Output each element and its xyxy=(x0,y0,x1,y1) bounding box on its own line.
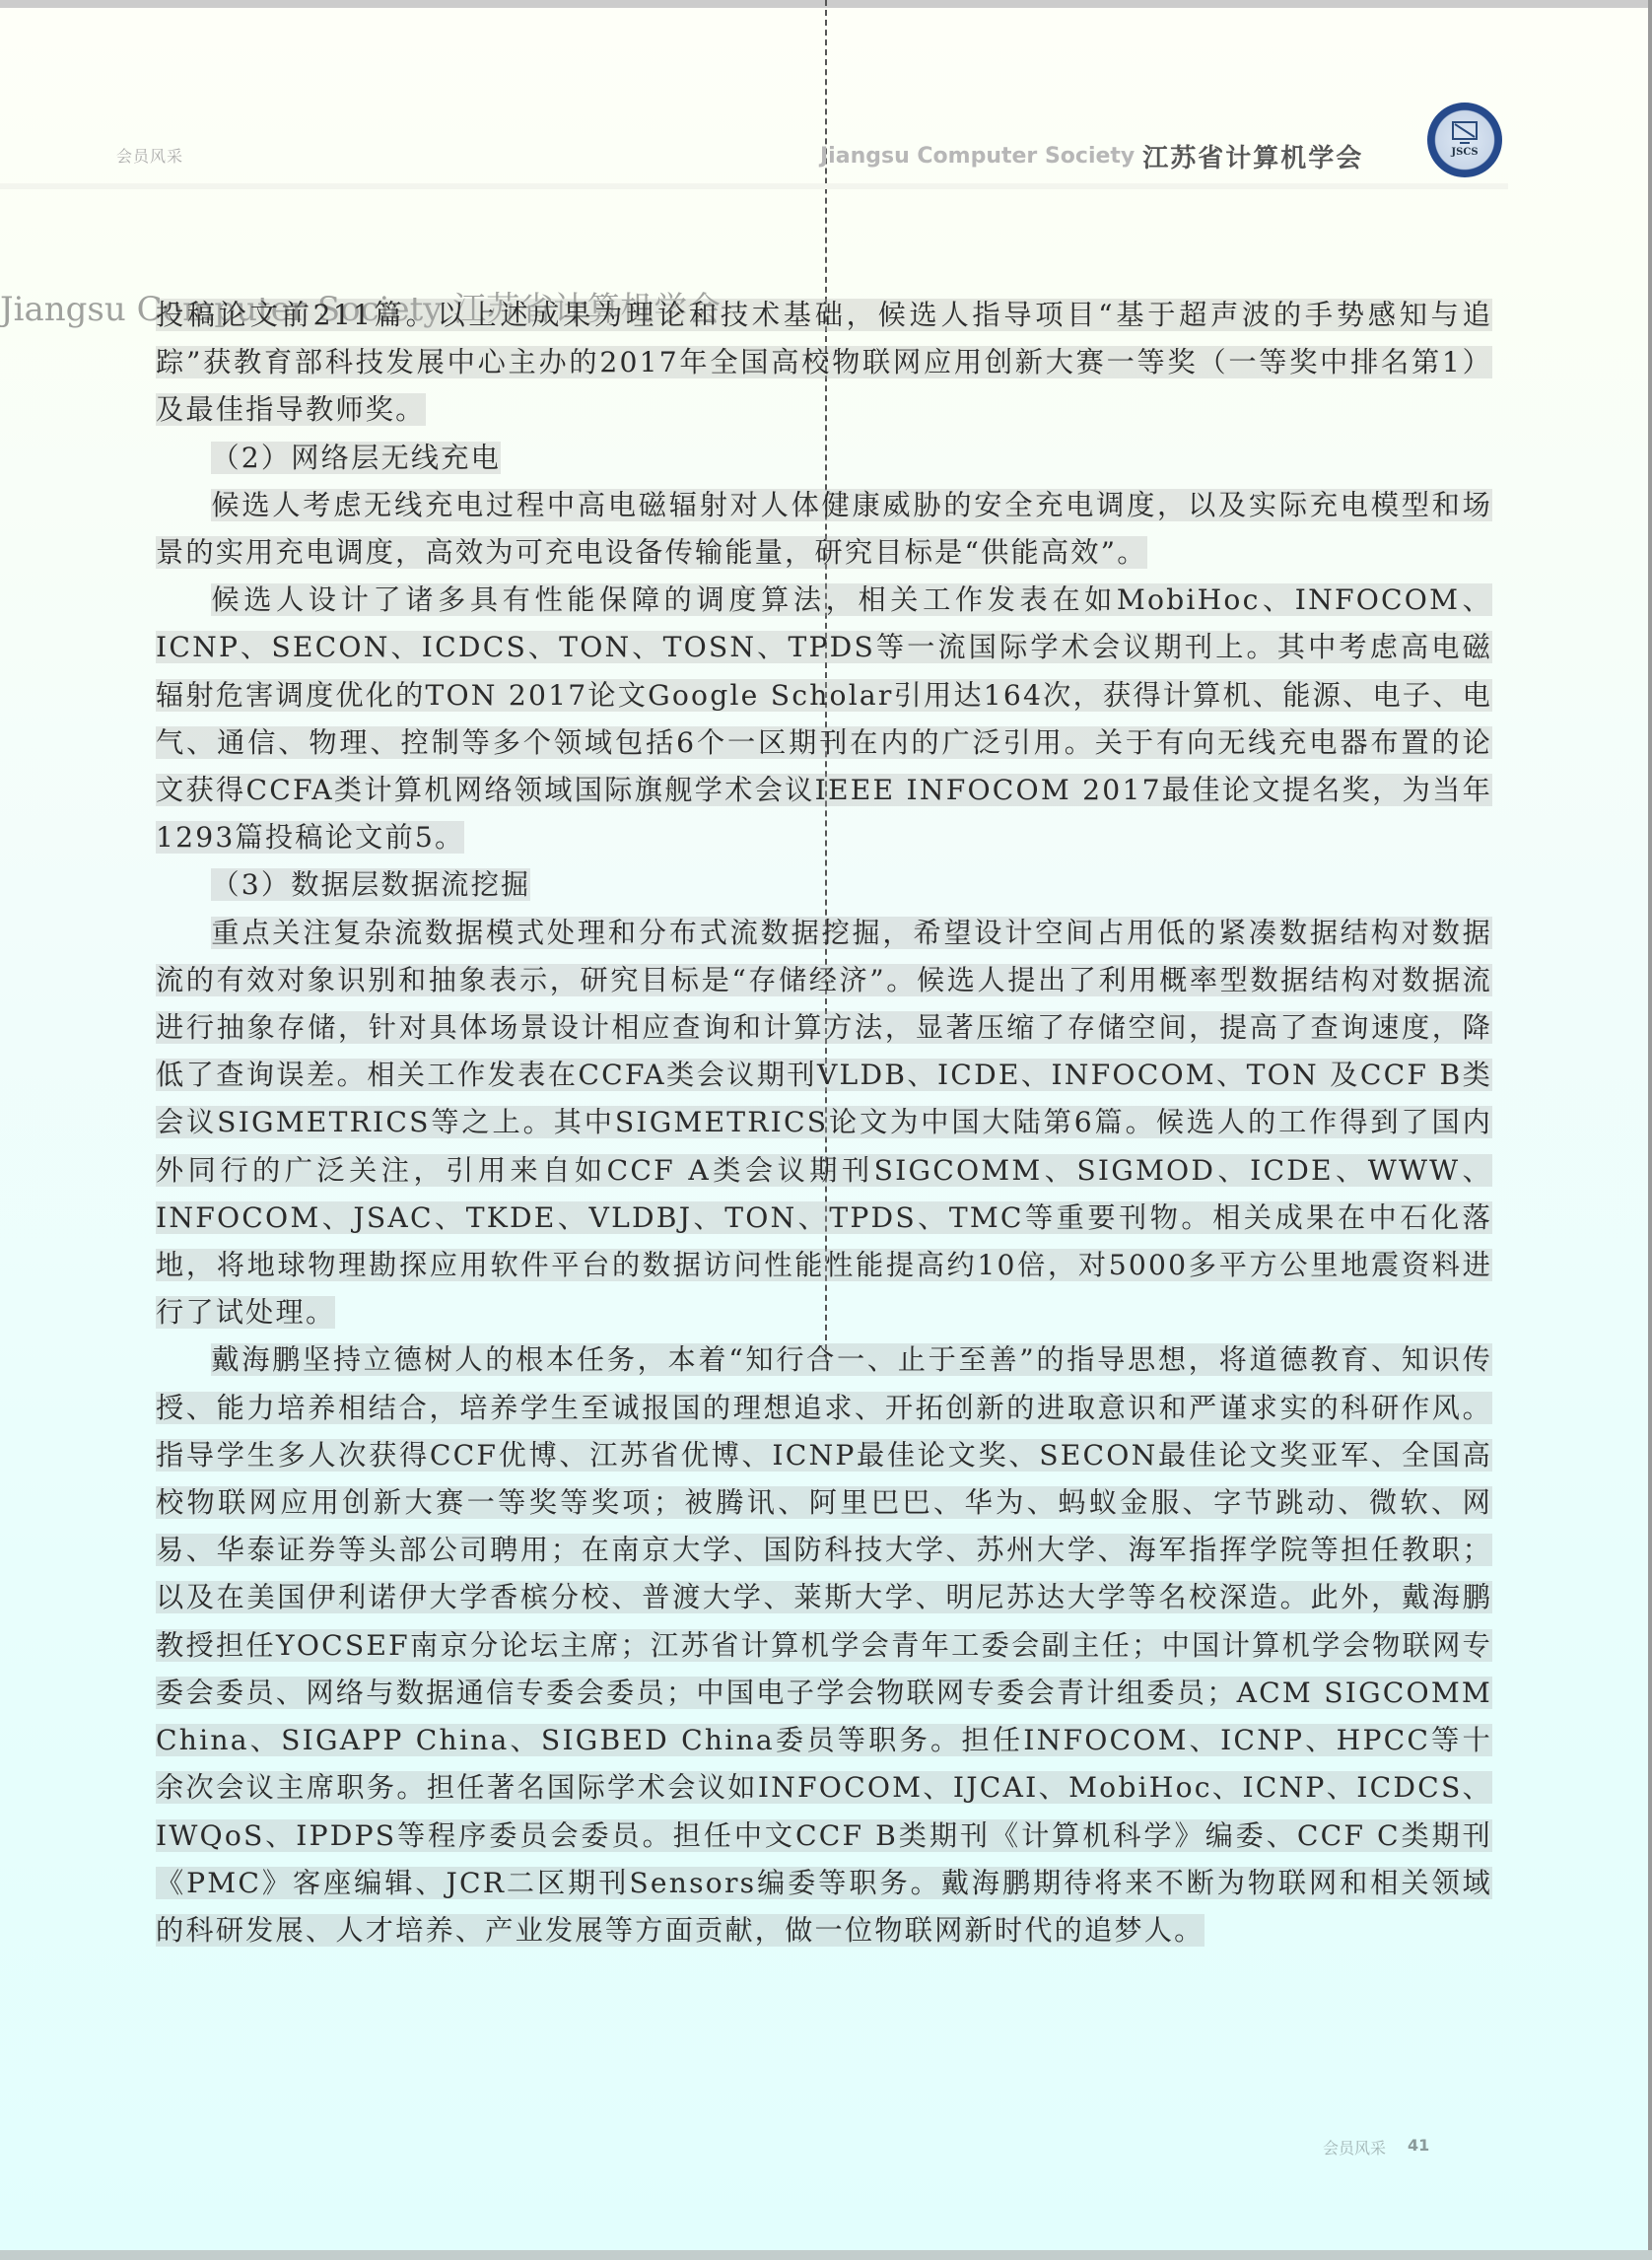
page-header-society: Jiangsu Computer Society 江苏省计算机学会 xyxy=(820,136,1363,175)
vertical-scrollbar[interactable] xyxy=(1648,0,1652,2260)
window-bottom-bar xyxy=(0,2250,1652,2260)
paragraph: 重点关注复杂流数据模式处理和分布式流数据挖掘，希望设计空间占用低的紧凑数据结构对… xyxy=(156,910,1492,1337)
society-emblem-icon: JSCS xyxy=(1427,103,1502,177)
logo-text: JSCS xyxy=(1451,147,1478,158)
paragraph: 候选人设计了诸多具有性能保障的调度算法，相关工作发表在如MobiHoc、INFO… xyxy=(156,577,1492,861)
section-label: 会员风采 xyxy=(116,144,183,167)
monitor-icon xyxy=(1450,120,1480,146)
footer-label: 会员风采 xyxy=(1323,2136,1386,2158)
article-body: 投稿论文前211篇。以上述成果为理论和技术基础，候选人指导项目“基于超声波的手势… xyxy=(156,292,1492,1954)
section-heading-wireless-charging: （2）网络层无线充电 xyxy=(156,435,1492,482)
society-name-chinese: 江苏省计算机学会 xyxy=(1142,138,1363,174)
section-heading-data-stream-mining: （3）数据层数据流挖掘 xyxy=(156,861,1492,909)
page-number: 41 xyxy=(1408,2136,1429,2158)
page-footer: 会员风采 41 xyxy=(1323,2136,1429,2158)
paragraph-continuation: 投稿论文前211篇。以上述成果为理论和技术基础，候选人指导项目“基于超声波的手势… xyxy=(156,292,1492,435)
paragraph: 候选人考虑无线充电过程中高电磁辐射对人体健康威胁的安全充电调度，以及实际充电模型… xyxy=(156,482,1492,577)
paragraph: 戴海鹏坚持立德树人的根本任务，本着“知行合一、止于至善”的指导思想，将道德教育、… xyxy=(156,1336,1492,1954)
header-divider xyxy=(0,183,1508,189)
society-name-english: Jiangsu Computer Society xyxy=(820,144,1135,169)
